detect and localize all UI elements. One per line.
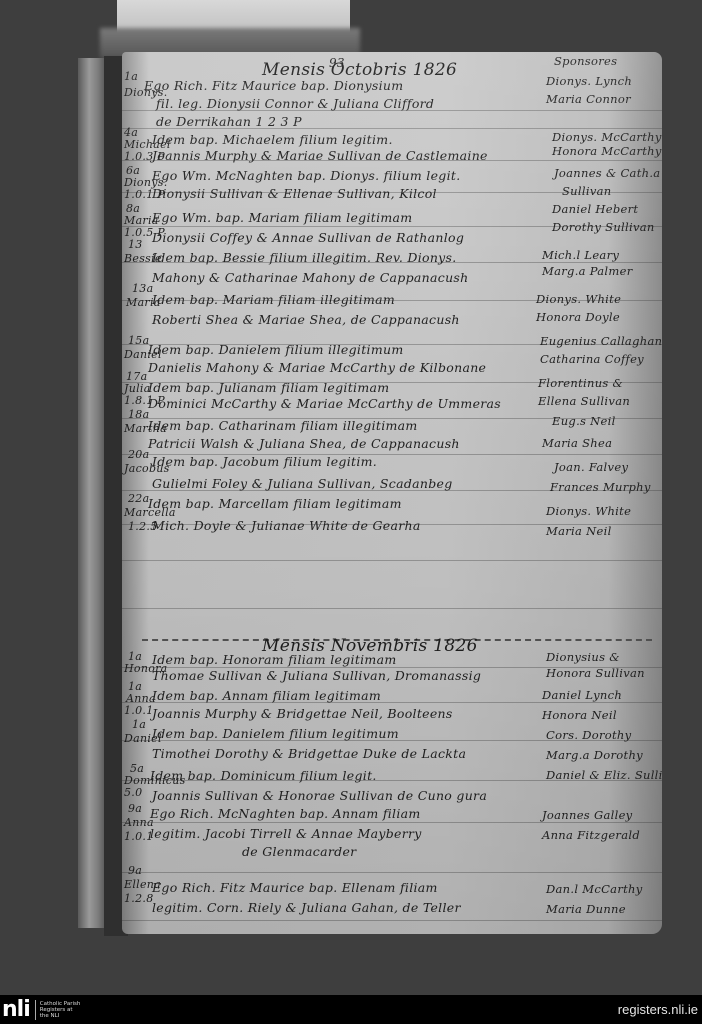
sponsor-name: Daniel & Eliz. Sullivan — [546, 768, 662, 782]
entry-text-line: legitim. Jacobi Tirrell & Annae Mayberry — [150, 826, 422, 841]
sponsor-name: Sullivan — [562, 184, 611, 198]
entry-margin-date: 9a — [128, 802, 142, 815]
sponsor-name: Ellena Sullivan — [538, 394, 630, 408]
entry-text-line: Idem bap. Mariam filiam illegitimam — [152, 292, 395, 307]
sponsor-name: Dan.l McCarthy — [546, 882, 643, 896]
image-viewer[interactable]: 93 Mensis Octobris 1826 Sponsores 1a Dio… — [0, 0, 702, 995]
entry-text-line: legitim. Corn. Riely & Juliana Gahan, de… — [152, 900, 461, 915]
sponsor-name: Eug.s Neil — [552, 414, 616, 428]
sponsor-name: Daniel Hebert — [552, 202, 638, 216]
sponsor-name: Honora Doyle — [536, 310, 620, 324]
entry-text-line: Joannis Murphy & Bridgettae Neil, Boolte… — [152, 706, 453, 721]
sponsor-name: Honora Sullivan — [546, 666, 645, 680]
entry-text-line: Ego Rich. Fitz Maurice bap. Ellenam fili… — [152, 880, 438, 895]
entry-text-line: Danielis Mahony & Mariae McCarthy de Kil… — [148, 360, 486, 375]
entry-margin-date: 13 — [128, 238, 143, 251]
logo-divider — [35, 1000, 36, 1020]
sponsor-name: Dionys. McCarthy — [552, 130, 662, 144]
sponsor-name: Marg.a Dorothy — [546, 748, 643, 762]
book-spine — [78, 58, 106, 928]
sponsor-name: Maria Connor — [546, 92, 631, 106]
sponsor-name: Dionys. White — [546, 504, 631, 518]
sponsor-name: Mich.l Leary — [542, 248, 619, 262]
entry-text-line: Ego Rich. McNaghten bap. Annam filiam — [150, 806, 421, 821]
sponsor-name: Florentinus & — [538, 376, 623, 390]
entry-text-line: Idem bap. Julianam filiam legitimam — [148, 380, 389, 395]
sponsor-name: Frances Murphy — [550, 480, 651, 494]
entry-text-line: Dionysii Coffey & Annae Sullivan de Rath… — [152, 230, 464, 245]
entry-text-line: Idem bap. Annam filiam legitimam — [152, 688, 381, 703]
sponsor-name: Anna Fitzgerald — [542, 828, 640, 842]
sponsor-name: Dionys. White — [536, 292, 621, 306]
entry-text-line: Mahony & Catharinae Mahony de Cappanacus… — [152, 270, 468, 285]
nli-logo-text: Catholic Parish Registers at the NLI — [40, 1001, 81, 1019]
entry-text-line: Roberti Shea & Mariae Shea, de Cappanacu… — [152, 312, 460, 327]
entry-text-line: Mich. Doyle & Julianae White de Gearha — [152, 518, 421, 533]
sponsor-name: Maria Dunne — [546, 902, 626, 916]
entry-margin-date: 20a — [128, 448, 149, 461]
sponsor-name: Dorothy Sullivan — [552, 220, 655, 234]
sponsor-name: Dionysius & — [546, 650, 620, 664]
entry-margin-fee: 1.0.1 — [124, 704, 154, 717]
entry-text-line: Joannis Sullivan & Honorae Sullivan de C… — [152, 788, 487, 803]
entry-text-line: fil. leg. Dionysii Connor & Juliana Clif… — [156, 96, 434, 111]
entry-text-line: de Derrikahan 1 2 3 P — [156, 114, 302, 129]
entry-text-line: Idem bap. Danielem filium legitimum — [152, 726, 399, 741]
sponsor-name: Eugenius Callaghan — [540, 334, 662, 348]
entry-margin-date: 1a — [124, 70, 138, 83]
entry-text-line: Dionysii Sullivan & Ellenae Sullivan, Ki… — [152, 186, 437, 201]
sponsor-name: Joannes Galley — [542, 808, 632, 822]
nli-logo[interactable]: nli Catholic Parish Registers at the NLI — [2, 999, 80, 1021]
entry-margin-date: 13a — [132, 282, 153, 295]
entry-text-line: Ego Rich. Fitz Maurice bap. Dionysium — [144, 78, 403, 93]
entry-text-line: Dominici McCarthy & Mariae McCarthy de U… — [148, 396, 501, 411]
sponsor-name: Dionys. Lynch — [546, 74, 632, 88]
nli-logo-mark: nli — [2, 999, 30, 1021]
entry-text-line: Patricii Walsh & Juliana Shea, de Cappan… — [148, 436, 460, 451]
entry-text-line: Ego Wm. bap. Mariam filiam legitimam — [152, 210, 412, 225]
sponsor-name: Maria Shea — [542, 436, 612, 450]
register-page: 93 Mensis Octobris 1826 Sponsores 1a Dio… — [122, 52, 662, 934]
entry-text-line: Gulielmi Foley & Juliana Sullivan, Scada… — [152, 476, 453, 491]
entry-text-line: Idem bap. Bessie filium illegitim. Rev. … — [152, 250, 457, 265]
entry-text-line: de Glenmacarder — [242, 844, 356, 859]
sponsors-column-header: Sponsores — [554, 54, 617, 68]
sponsor-name: Daniel Lynch — [542, 688, 622, 702]
entry-margin-date: 22a — [128, 492, 149, 505]
section-heading-october: Mensis Octobris 1826 — [262, 60, 457, 80]
entry-text-line: Idem bap. Dominicum filium legit. — [150, 768, 377, 783]
sponsor-name: Marg.a Palmer — [542, 264, 633, 278]
entry-margin-fee: 1.2.8 — [124, 892, 154, 905]
entry-margin-date: 18a — [128, 408, 149, 421]
entry-text-line: Idem bap. Michaelem filium legitim. — [152, 132, 393, 147]
entry-margin-date: 9a — [128, 864, 142, 877]
sponsor-name: Maria Neil — [546, 524, 612, 538]
entry-text-line: Idem bap. Jacobum filium legitim. — [152, 454, 377, 469]
sponsor-name: Joan. Falvey — [554, 460, 628, 474]
footer-bar: nli Catholic Parish Registers at the NLI… — [0, 995, 702, 1024]
entry-text-line: Joannis Murphy & Mariae Sullivan de Cast… — [152, 148, 488, 163]
entry-margin-date: 1a — [132, 718, 146, 731]
site-url-link[interactable]: registers.nli.ie — [618, 1002, 698, 1017]
entry-text-line: Idem bap. Honoram filiam legitimam — [152, 652, 397, 667]
entry-text-line: Ego Wm. McNaghten bap. Dionys. filium le… — [152, 168, 460, 183]
entry-margin-fee: 5.0 — [124, 786, 142, 799]
entry-text-line: Thomae Sullivan & Juliana Sullivan, Drom… — [152, 668, 481, 683]
sponsor-name: Catharina Coffey — [540, 352, 644, 366]
sponsor-name: Honora McCarthy — [552, 144, 662, 158]
entry-text-line: Timothei Dorothy & Bridgettae Duke de La… — [152, 746, 466, 761]
sponsor-name: Honora Neil — [542, 708, 617, 722]
entry-text-line: Idem bap. Catharinam filiam illegitimam — [148, 418, 418, 433]
sponsor-name: Cors. Dorothy — [546, 728, 631, 742]
entry-margin-date: 15a — [128, 334, 149, 347]
sponsor-name: Joannes & Cath.a — [554, 166, 660, 180]
entry-text-line: Idem bap. Marcellam filiam legitimam — [148, 496, 402, 511]
entry-text-line: Idem bap. Danielem filium illegitimum — [148, 342, 403, 357]
